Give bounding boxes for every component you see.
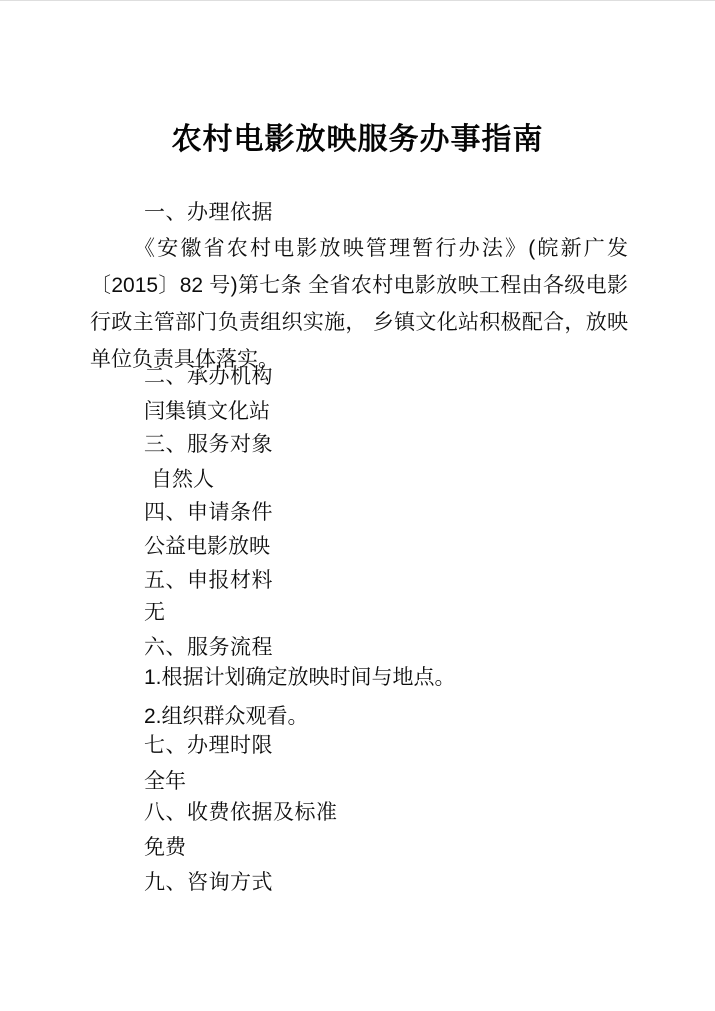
text-service-target: 自然人 — [151, 467, 214, 493]
text-agency-name: 闫集镇文化站 — [144, 399, 270, 425]
heading-service-process: 六、服务流程 — [144, 635, 273, 661]
page-top-edge-divider — [0, 0, 715, 1]
heading-undertaking-agency: 二、承办机构 — [144, 364, 273, 390]
document-title-text: 农村电影放映服务办事指南 — [172, 123, 544, 156]
heading-handling-basis: 一、办理依据 — [144, 200, 273, 226]
text-time-limit: 全年 — [144, 769, 186, 795]
heading-application-materials: 五、申报材料 — [144, 568, 273, 594]
document-page: 农村电影放映服务办事指南 一、办理依据 《安徽省农村电影放映管理暂行办法》(皖新… — [0, 0, 715, 1011]
process-step-1: 1.根据计划确定放映时间与地点。 — [144, 665, 456, 691]
text-application-condition: 公益电影放映 — [144, 534, 270, 560]
process-step-2: 2.组织群众观看。 — [144, 704, 309, 730]
heading-consultation-method: 九、咨询方式 — [144, 870, 273, 896]
heading-fee-basis-standard: 八、收费依据及标准 — [144, 800, 338, 826]
text-materials-none: 无 — [144, 600, 165, 626]
heading-application-conditions: 四、申请条件 — [144, 500, 273, 526]
heading-handling-time-limit: 七、办理时限 — [144, 733, 273, 759]
text-fee-free: 免费 — [144, 835, 186, 861]
paragraph-legal-basis: 《安徽省农村电影放映管理暂行办法》(皖新广发〔2015〕82 号)第七条 全省农… — [90, 230, 628, 378]
document-title: 农村电影放映服务办事指南 — [0, 120, 715, 160]
heading-service-target: 三、服务对象 — [144, 432, 273, 458]
